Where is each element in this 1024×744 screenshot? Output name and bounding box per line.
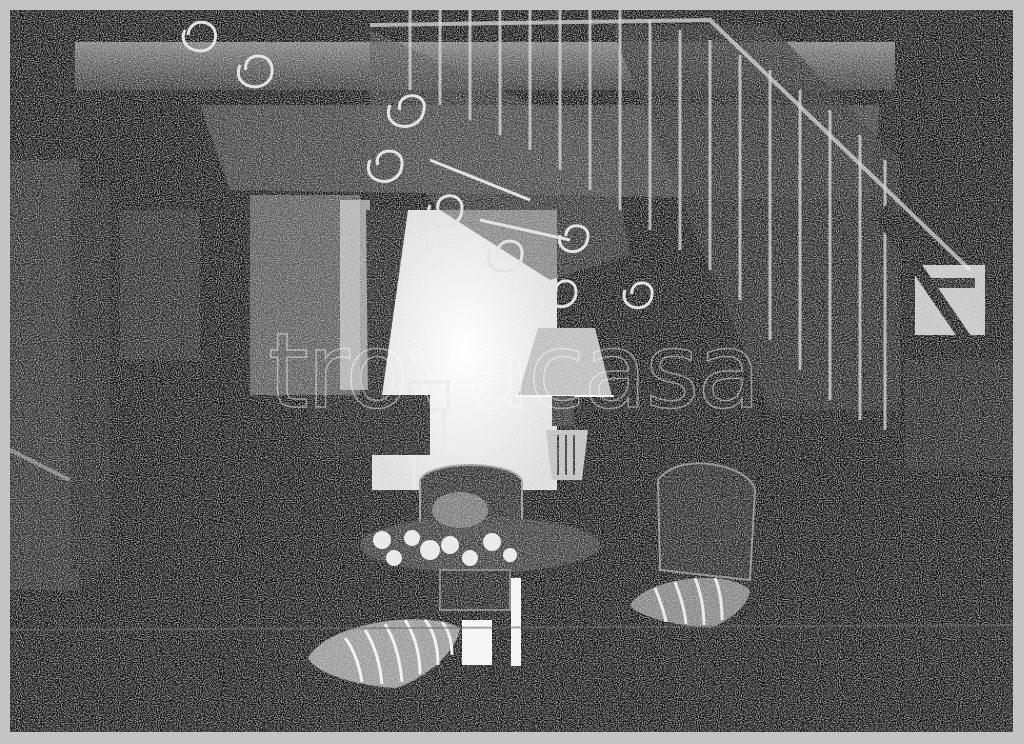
interior-scene [10,10,1013,732]
listing-photo: trovacasa [10,10,1013,732]
